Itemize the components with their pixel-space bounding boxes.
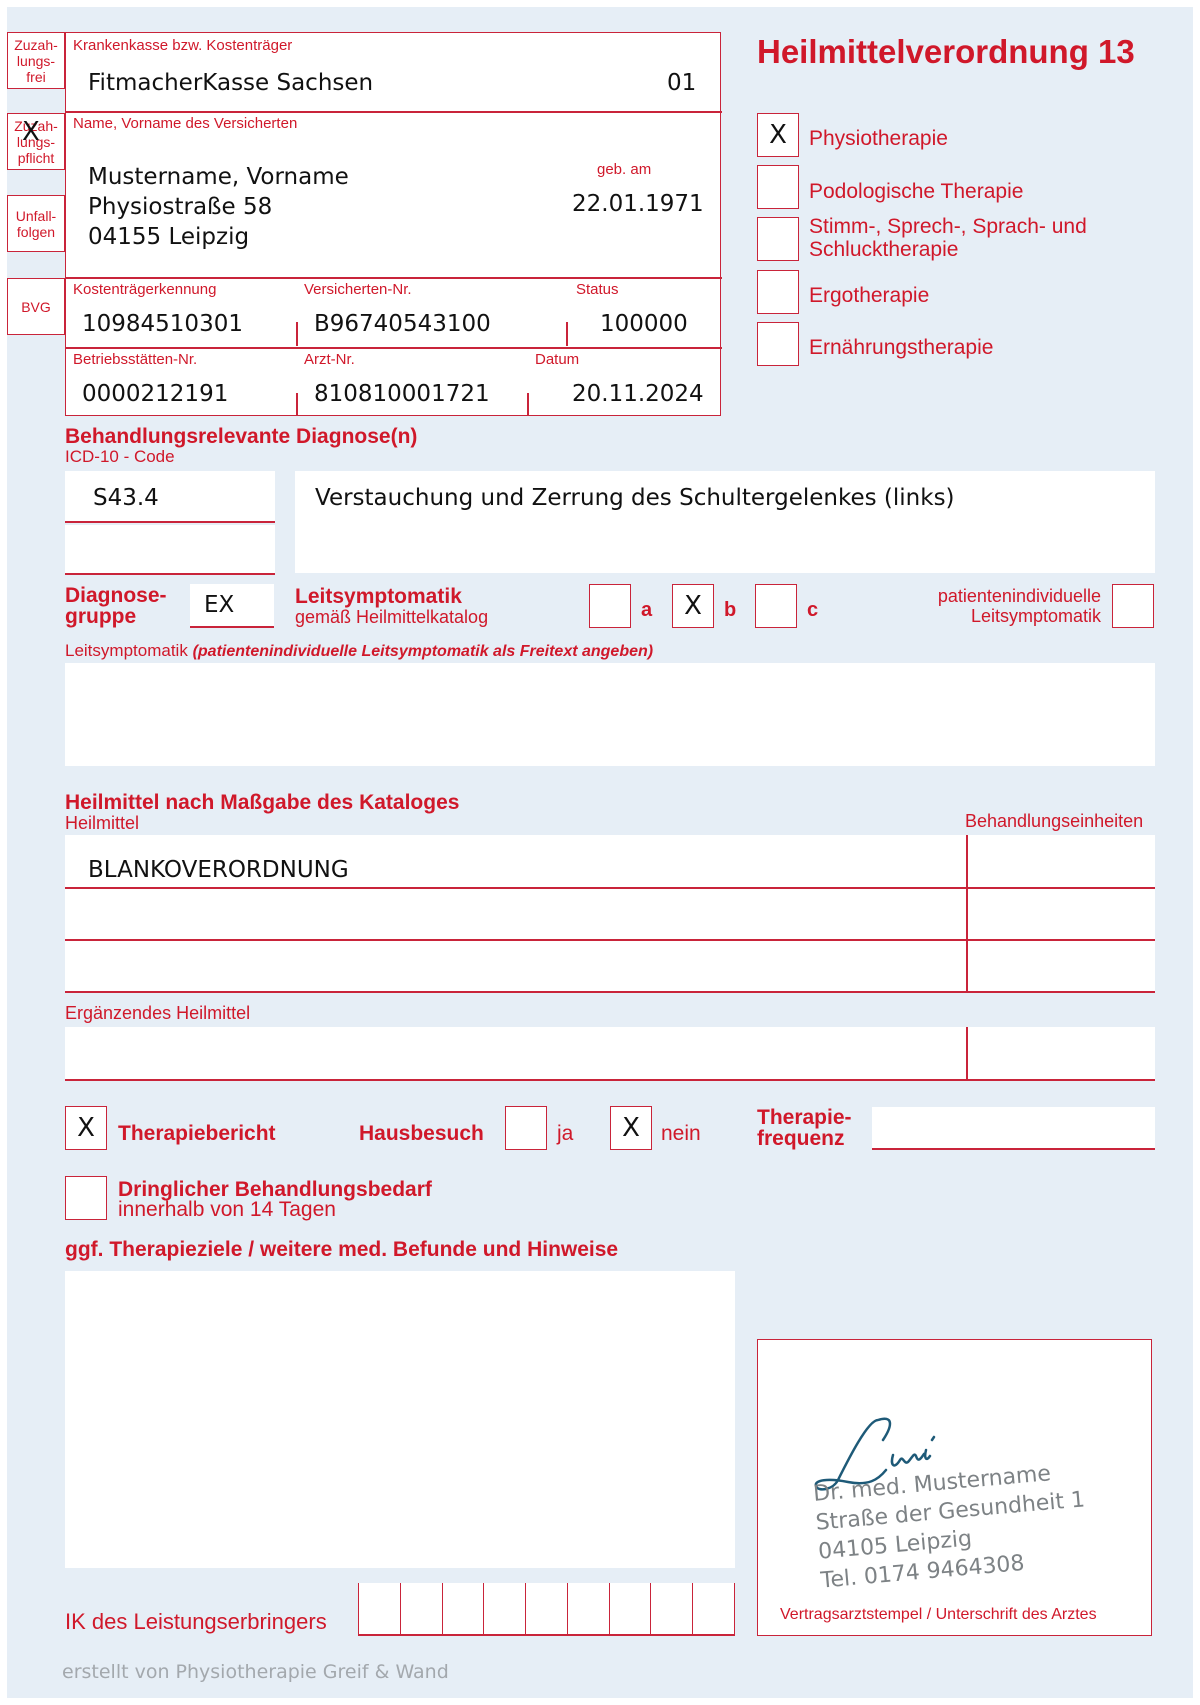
datum-value: 20.11.2024 [572,381,704,407]
freetext-hint: (patientenindividuelle Leitsymptomatik a… [193,643,654,660]
kostentraeger-label: Kostenträgerkennung [73,281,216,298]
form-title: Heilmittelverordnung 13 [757,33,1135,71]
leitsymptomatik-freetext-field[interactable] [65,663,1155,766]
side-label: Unfall- [8,208,64,224]
hausbesuch-ja-checkbox[interactable] [505,1106,547,1150]
ik-digit-cell[interactable] [400,1583,442,1634]
ja-label: ja [557,1122,573,1146]
doctor-stamp: Dr. med. Mustername Straße der Gesundhei… [812,1456,1091,1595]
icd-code-field-1[interactable]: S43.4 [65,471,275,523]
unfallfolgen-checkbox[interactable]: Unfall- folgen [7,195,65,252]
diagnosis-text-field[interactable]: Verstauchung und Zerrung des Schultergel… [295,471,1155,573]
hausbesuch-nein-checkbox[interactable]: X [610,1106,652,1150]
check-mark: X [684,591,702,621]
stimm-sprech-label: Stimm-, Sprech-, Sprach- und Schluckther… [809,215,1139,261]
leit-a-label: a [641,599,652,622]
ergotherapie-checkbox[interactable] [757,270,799,314]
diagnosegruppe-label: Diagnose-gruppe [65,585,167,627]
leit-a-checkbox[interactable] [589,584,631,628]
arzt-value: 810810001721 [314,381,490,407]
stamp-caption: Vertragsarztstempel / Unterschrift des A… [780,1606,1097,1624]
dringlich-sub: innerhalb von 14 Tagen [118,1198,336,1222]
heilmittel-row-1[interactable]: BLANKOVERORDNUNG [65,835,965,887]
heilmittel-col-label: Heilmittel [65,813,139,834]
ik-digit-cell[interactable] [525,1583,567,1634]
ernaehrung-label: Ernährungstherapie [809,336,993,360]
insurer-name: FitmacherKasse Sachsen [88,70,373,96]
patient-label: Name, Vorname des Versicherten [73,115,297,132]
leitsymptomatik-sub: gemäß Heilmittelkatalog [295,607,488,628]
freetext-label-row: Leitsymptomatik (patientenindividuelle L… [65,641,653,661]
ik-digit-boxes[interactable] [358,1583,735,1636]
supplement-row[interactable] [65,1027,1155,1079]
check-mark: X [769,120,787,150]
ik-label: IK des Leistungserbringers [65,1609,327,1635]
physiotherapie-checkbox[interactable]: X [757,113,799,157]
ergotherapie-label: Ergotherapie [809,284,929,308]
leit-b-label: b [724,599,736,622]
patient-individual-checkbox[interactable] [1112,584,1154,628]
frequenz-label: Therapie-frequenz [757,1107,852,1149]
podologie-checkbox[interactable] [757,165,799,209]
zuzahlungsfrei-checkbox[interactable]: Zuzah- lungs- frei [7,32,65,89]
ik-digit-cell[interactable] [609,1583,651,1634]
icd-code-field-2[interactable] [65,525,275,575]
heilmittel-row-3[interactable] [65,941,965,991]
diagnosegruppe-value: EX [204,592,234,618]
goals-field[interactable] [65,1271,735,1568]
therapiebericht-label: Therapiebericht [118,1122,276,1146]
supplement-label: Ergänzendes Heilmittel [65,1003,250,1024]
heilmittel-row-2[interactable] [65,889,965,939]
insurer-code: 01 [667,70,696,96]
check-mark: X [622,1113,640,1143]
ik-digit-cell[interactable] [442,1583,484,1634]
heilmittel-name: BLANKOVERORDNUNG [88,857,349,883]
patient-city: 04155 Leipzig [88,224,249,250]
side-label: folgen [8,224,64,240]
dob-value: 22.01.1971 [572,191,704,217]
therapiebericht-checkbox[interactable]: X [65,1106,107,1150]
doctor-stamp-box: Dr. med. Mustername Straße der Gesundhei… [757,1339,1152,1636]
ik-digit-cell[interactable] [359,1583,400,1634]
side-label: Zuzah- [8,37,64,53]
units-col-label: Behandlungseinheiten [965,811,1143,832]
units-row-2[interactable] [967,889,1155,939]
podologie-label: Podologische Therapie [809,180,1023,204]
versicherten-value: B96740543100 [314,311,491,337]
patient-individual-label: patientenindividuelleLeitsymptomatik [880,586,1101,626]
betriebsstaette-label: Betriebsstätten-Nr. [73,351,197,368]
therapiefrequenz-field[interactable] [872,1107,1155,1150]
diagnosis-title: Behandlungsrelevante Diagnose(n) [65,425,417,449]
ernaehrung-checkbox[interactable] [757,322,799,366]
goals-title: ggf. Therapieziele / weitere med. Befund… [65,1238,618,1262]
leit-c-checkbox[interactable] [755,584,797,628]
physiotherapie-label: Physiotherapie [809,127,948,151]
check-mark: X [77,1113,95,1143]
check-mark: X [22,124,40,140]
datum-label: Datum [535,351,579,368]
versicherten-label: Versicherten-Nr. [304,281,412,298]
nein-label: nein [661,1122,701,1146]
icd-label: ICD-10 - Code [65,447,175,467]
footer-credit: erstellt von Physiotherapie Greif & Wand [62,1661,449,1683]
ik-digit-cell[interactable] [567,1583,609,1634]
hausbesuch-label: Hausbesuch [359,1122,484,1146]
status-value: 100000 [600,311,688,337]
dringlich-checkbox[interactable] [65,1176,107,1220]
units-row-3[interactable] [967,941,1155,991]
ik-digit-cell[interactable] [650,1583,692,1634]
betriebsstaette-value: 0000212191 [82,381,228,407]
side-label: pflicht [8,150,64,166]
stimm-sprech-checkbox[interactable] [757,217,799,261]
bvg-checkbox[interactable]: BVG [7,278,65,335]
dob-label: geb. am [597,161,651,178]
freetext-label: Leitsymptomatik [65,641,188,660]
patient-street: Physiostraße 58 [88,194,272,220]
ik-digit-cell[interactable] [483,1583,525,1634]
diagnosis-description: Verstauchung und Zerrung des Schultergel… [315,485,955,511]
heilmittel-title: Heilmittel nach Maßgabe des Kataloges [65,791,459,815]
kostentraeger-value: 10984510301 [82,311,243,337]
patient-name: Mustername, Vorname [88,164,349,190]
arzt-label: Arzt-Nr. [304,351,355,368]
icd-code-value: S43.4 [93,485,159,511]
side-label: frei [8,69,64,85]
insurer-label: Krankenkasse bzw. Kostenträger [73,37,292,54]
units-row-1[interactable] [967,835,1155,887]
diagnosegruppe-field[interactable]: EX [190,584,274,628]
status-label: Status [576,281,619,298]
leitsymptomatik-label: Leitsymptomatik [295,585,462,609]
leit-c-label: c [807,599,818,622]
zuzahlungspflicht-checkbox[interactable]: Zuzah- lungs- pflicht X [7,113,65,170]
side-label: BVG [8,299,64,315]
leit-b-checkbox[interactable]: X [672,584,714,628]
side-label: lungs- [8,53,64,69]
ik-digit-cell[interactable] [692,1583,734,1634]
